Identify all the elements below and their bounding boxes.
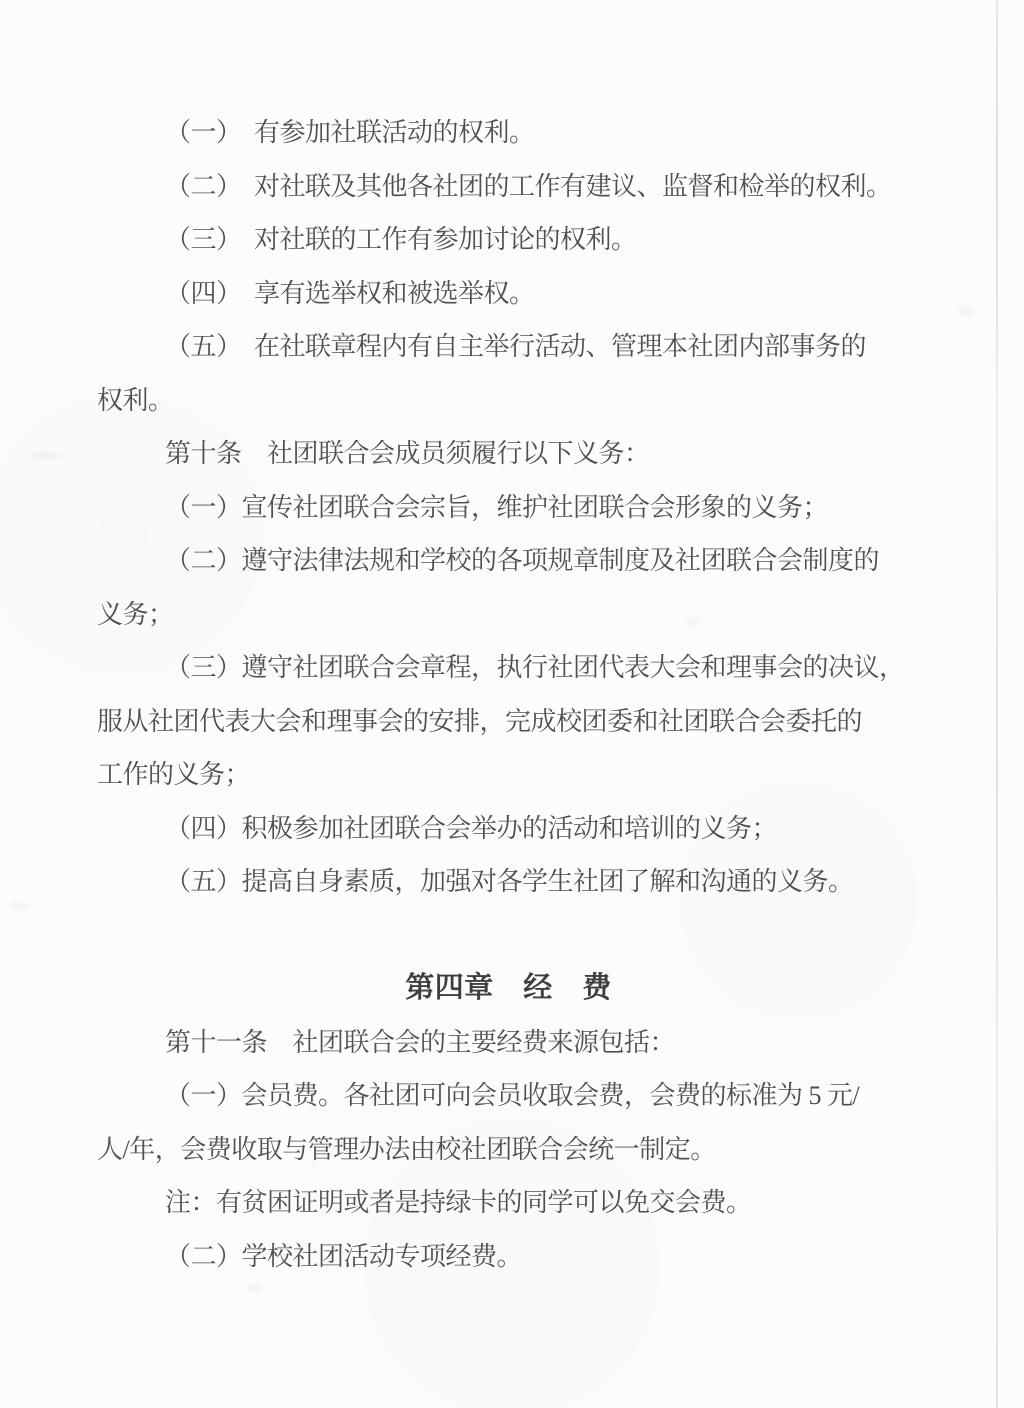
blank-line <box>97 909 920 963</box>
rights-item-4: （四） 享有选举权和被选举权。 <box>97 267 920 321</box>
fee-waiver-note: 注：有贫困证明或者是持绿卡的同学可以免交会费。 <box>97 1176 920 1230</box>
funding-item-1: （一）会员费。各社团可向会员收取会费，会费的标准为 5 元/ <box>97 1069 920 1123</box>
document-body: （一） 有参加社联活动的权利。 （二） 对社联及其他各社团的工作有建议、监督和检… <box>97 106 920 1283</box>
rights-item-3: （三） 对社联的工作有参加讨论的权利。 <box>97 213 920 267</box>
scan-smudge <box>958 306 972 316</box>
chapter-4-heading: 第四章 经 费 <box>97 962 920 1016</box>
obligation-item-3-continued-1: 服从社团代表大会和理事会的安排，完成校团委和社团联合会委托的 <box>97 695 920 749</box>
rights-item-1: （一） 有参加社联活动的权利。 <box>97 106 920 160</box>
scan-page-edge-artifact <box>996 0 998 1408</box>
scan-smudge <box>8 903 30 909</box>
scan-smudge <box>688 618 700 626</box>
obligation-item-2: （二）遵守法律法规和学校的各项规章制度及社团联合会制度的 <box>97 534 920 588</box>
funding-item-2: （二）学校社团活动专项经费。 <box>97 1230 920 1284</box>
rights-item-5: （五） 在社联章程内有自主举行活动、管理本社团内部事务的 <box>97 320 920 374</box>
obligation-item-3-continued-2: 工作的义务； <box>97 748 920 802</box>
rights-item-2: （二） 对社联及其他各社团的工作有建议、监督和检举的权利。 <box>97 160 920 214</box>
scan-smudge <box>246 1284 262 1292</box>
article-11-line: 第十一条 社团联合会的主要经费来源包括： <box>97 1016 920 1070</box>
obligation-item-1: （一）宣传社团联合会宗旨，维护社团联合会形象的义务； <box>97 481 920 535</box>
scanned-document-page: （一） 有参加社联活动的权利。 （二） 对社联及其他各社团的工作有建议、监督和检… <box>0 0 1024 1408</box>
article-10-line: 第十条 社团联合会成员须履行以下义务： <box>97 427 920 481</box>
obligation-item-5: （五）提高自身素质，加强对各学生社团了解和沟通的义务。 <box>97 855 920 909</box>
funding-item-1-continued: 人/年，会费收取与管理办法由校社团联合会统一制定。 <box>97 1123 920 1177</box>
obligation-item-3: （三）遵守社团联合会章程，执行社团代表大会和理事会的决议， <box>97 641 920 695</box>
obligation-item-2-continued: 义务； <box>97 588 920 642</box>
obligation-item-4: （四）积极参加社团联合会举办的活动和培训的义务； <box>97 802 920 856</box>
rights-item-5-continued: 权利。 <box>97 374 920 428</box>
scan-smudge <box>28 452 62 459</box>
